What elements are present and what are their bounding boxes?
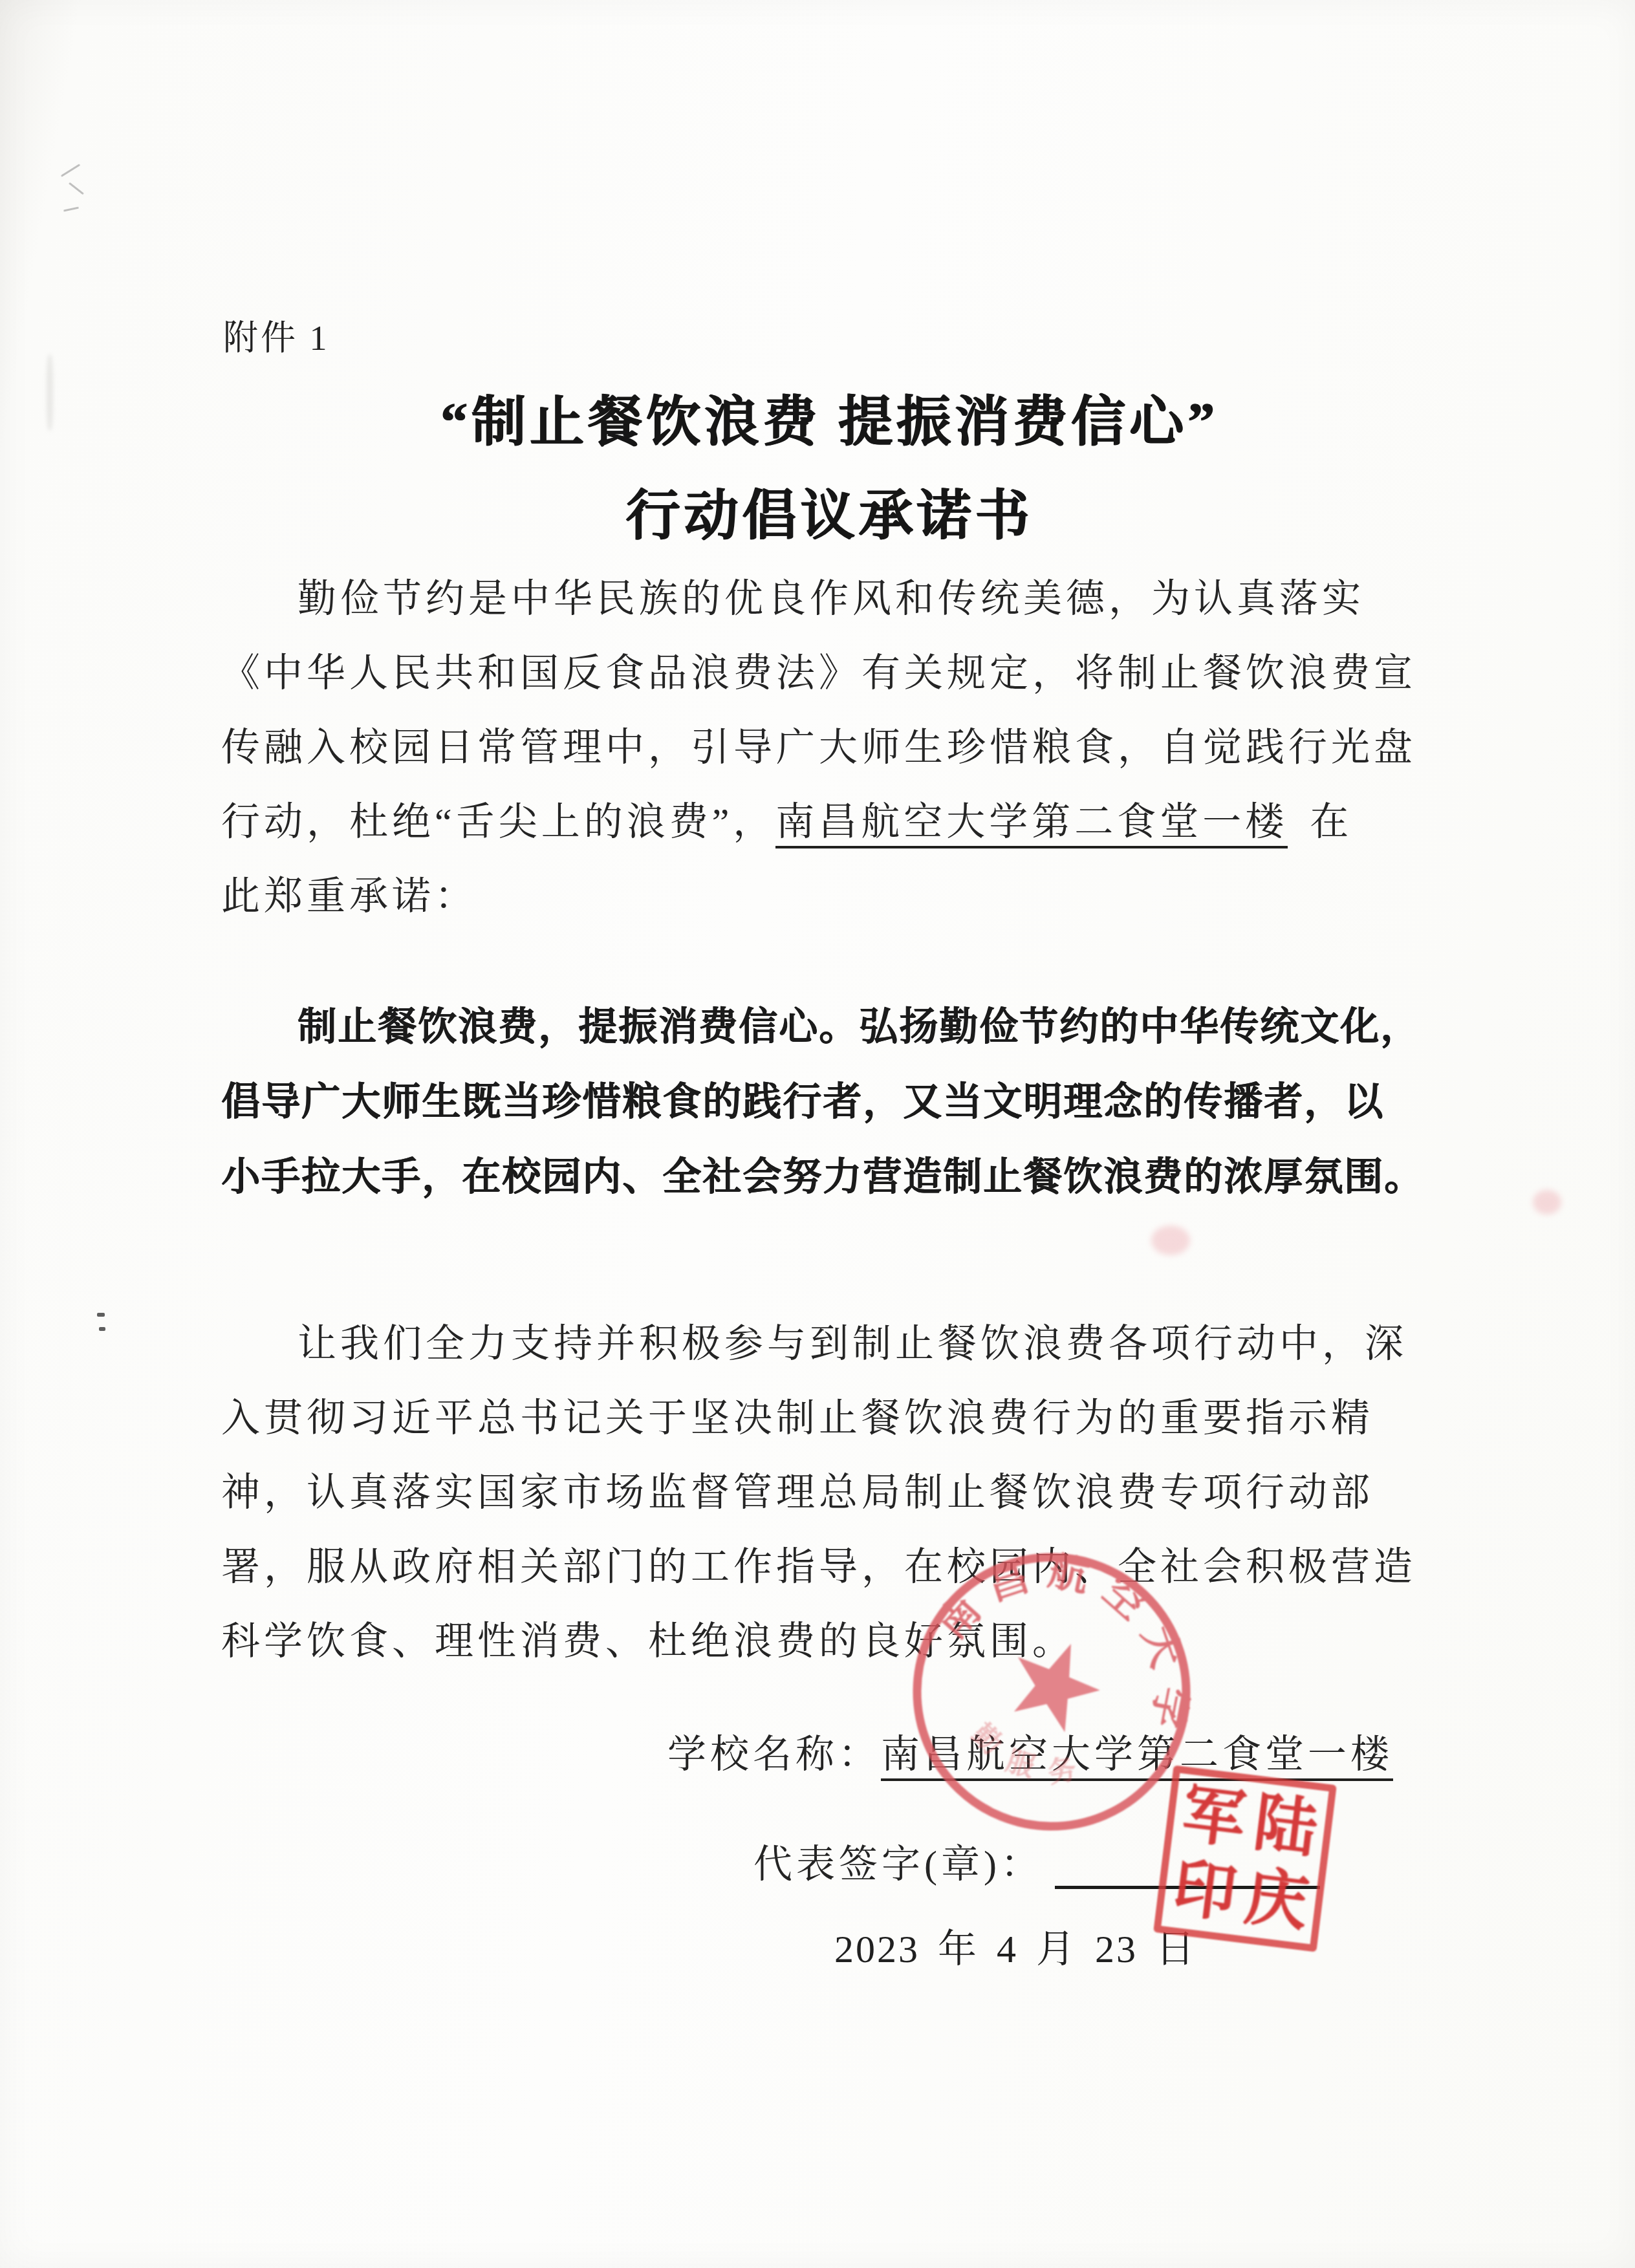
seal-char: 印	[1169, 1856, 1239, 1926]
school-name-underlined-inline: 南昌航空大学第二食堂一楼	[775, 801, 1288, 848]
line4-suffix: 在	[1310, 801, 1352, 843]
square-name-seal: 军 陆 印 庆	[1153, 1765, 1337, 1952]
paragraph2-line3: 小手拉大手，在校园内、全社会努力营造制止餐饮浪费的浓厚氛围。	[221, 1146, 1424, 1202]
pencil-mark	[61, 164, 80, 177]
scan-speck	[99, 1327, 105, 1331]
pink-ink-smudge	[1151, 1226, 1190, 1255]
pencil-mark	[63, 207, 79, 212]
seal-char: 军	[1178, 1782, 1248, 1852]
seal-char: 庆	[1242, 1865, 1312, 1935]
pencil-mark	[69, 182, 84, 195]
paragraph2-line2: 倡导广大师生既当珍惜粮食的践行者，又当文明理念的传播者，以	[221, 1071, 1384, 1127]
paragraph1-line1: 勤俭节约是中华民族的优良作风和传统美德，为认真落实	[298, 568, 1365, 623]
paragraph3-line4: 署，服从政府相关部门的工作指导，在校园内、全社会积极营造	[221, 1536, 1416, 1592]
scanned-document-page: 附件 1 “制止餐饮浪费 提振消费信心” 行动倡议承诺书 勤俭节约是中华民族的优…	[0, 0, 1635, 2268]
stamp-bottom-text: 勤服务	[959, 1705, 1107, 1809]
svg-text:勤服务: 勤服务	[959, 1705, 1107, 1809]
paragraph1-line4: 行动，杜绝“舌尖上的浪费”，南昌航空大学第二食堂一楼在	[221, 791, 1352, 847]
paragraph1-line2: 《中华人民共和国反食品浪费法》有关规定，将制止餐饮浪费宣	[221, 642, 1416, 698]
school-name-label: 学校名称：	[667, 1733, 881, 1776]
paragraph1-line5: 此郑重承诺：	[221, 865, 477, 921]
paragraph1-line3: 传融入校园日常管理中，引导广大师生珍惜粮食，自觉践行光盘	[221, 717, 1416, 772]
date-line: 2023 年 4 月 23 日	[834, 1918, 1196, 1974]
document-title-line2: 行动倡议承诺书	[12, 472, 1635, 550]
paragraph3-line1: 让我们全力支持并积极参与到制止餐饮浪费各项行动中，深	[298, 1313, 1407, 1368]
star-icon	[999, 1627, 1112, 1738]
line4-prefix: 行动，杜绝“舌尖上的浪费”，	[221, 801, 775, 843]
seal-char: 陆	[1251, 1791, 1321, 1861]
scan-speck	[97, 1313, 105, 1317]
attachment-label: 附件 1	[223, 310, 330, 360]
signature-label: 代表签字(章)：	[753, 1843, 1043, 1886]
paragraph3-line3: 神，认真落实国家市场监督管理总局制止餐饮浪费专项行动部	[221, 1462, 1374, 1517]
document-title-line1: “制止餐饮浪费 提振消费信心”	[12, 378, 1635, 457]
paragraph2-line1: 制止餐饮浪费，提振消费信心。弘扬勤俭节约的中华传统文化，	[298, 996, 1420, 1052]
pink-ink-smudge	[1533, 1190, 1561, 1215]
paragraph3-line2: 入贯彻习近平总书记关于坚决制止餐饮浪费行为的重要指示精	[221, 1387, 1374, 1443]
